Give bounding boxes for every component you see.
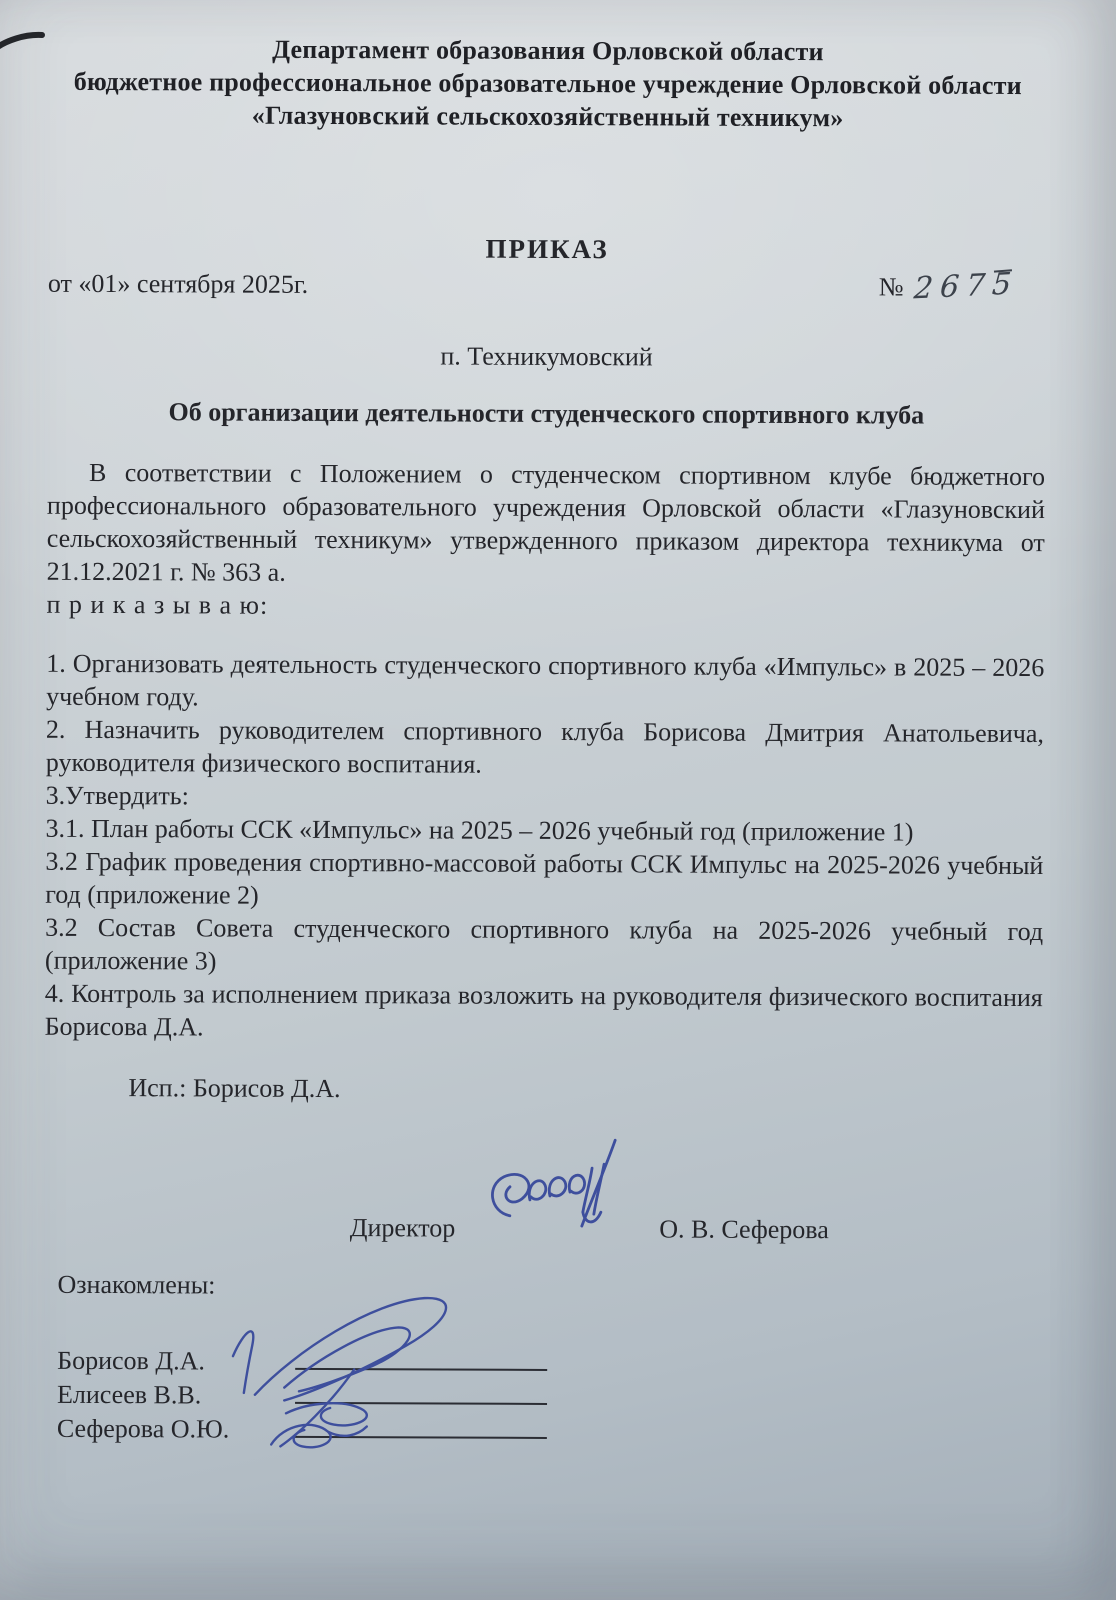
director-name: О. В. Сеферова — [659, 1212, 829, 1246]
order-item-1: 1. Организовать деятельность студенческо… — [46, 647, 1044, 717]
signature-line-eliseev — [295, 1376, 547, 1405]
order-item-2: 2. Назначить руководителем спортивного к… — [46, 713, 1044, 783]
document-content: Департамент образования Орловской област… — [0, 0, 1116, 1447]
scanned-document-page: Департамент образования Орловской област… — [0, 0, 1116, 1600]
order-item-3: 3.Утвердить: — [46, 779, 1044, 816]
order-subject: Об организации деятельности студенческог… — [47, 395, 1045, 432]
order-items: 1. Организовать деятельность студенческо… — [45, 647, 1045, 1047]
ack-name-borisov: Борисов Д.А. — [57, 1344, 239, 1378]
signature-line-borisov — [295, 1342, 547, 1371]
order-item-4: 4. Контроль за исполнением приказа возло… — [45, 977, 1043, 1047]
letterhead: Департамент образования Орловской област… — [49, 32, 1047, 135]
intro-paragraph: В соответствии с Положением о студенческ… — [47, 456, 1046, 592]
order-item-3-2b: 3.2 Состав Совета студенческого спортивн… — [45, 911, 1043, 981]
executor-line: Исп.: Борисов Д.А. — [128, 1071, 1042, 1108]
director-label: Директор — [350, 1211, 456, 1244]
signature-line-seferova — [295, 1410, 547, 1439]
letterhead-line2: бюджетное профессиональное образовательн… — [49, 65, 1047, 102]
order-item-3-1: 3.1. План работы ССК «Импульс» на 2025 –… — [45, 812, 1043, 849]
order-number: № 2675 — [879, 269, 1046, 304]
order-date: от «01» сентября 2025г. — [48, 267, 308, 301]
acknowledgement-rows: Борисов Д.А. Елисеев В.В. Сеферова О.Ю. — [43, 1341, 1041, 1447]
letterhead-line1: Департамент образования Орловской област… — [49, 32, 1047, 69]
acknowledgement-block: Ознакомлены: Борисов Д.А. Елисеев В.В. С… — [43, 1268, 1042, 1447]
date-number-row: от «01» сентября 2025г. № 2675 — [48, 266, 1046, 304]
decree-word: п р и к а з ы в а ю: — [46, 588, 1044, 625]
acknowledgement-label: Ознакомлены: — [57, 1268, 1041, 1305]
ack-name-eliseev: Елисеев В.В. — [57, 1378, 239, 1412]
order-item-3-2a: 3.2 График проведения спортивно-массовой… — [45, 845, 1043, 915]
order-number-handwritten: 2675 — [912, 267, 1019, 305]
ack-row-borisov: Борисов Д.А. — [57, 1341, 1041, 1379]
ack-name-seferova: Сеферова О.Ю. — [57, 1412, 239, 1446]
ack-row-seferova: Сеферова О.Ю. — [57, 1409, 1041, 1447]
order-place: п. Техникумовский — [48, 338, 1046, 375]
letterhead-line3: «Глазуновский сельскохозяйственный техни… — [49, 98, 1047, 135]
director-signature-row: Директор О. В. Сеферова — [44, 1182, 1042, 1228]
director-signature — [479, 1132, 629, 1238]
ack-row-eliseev: Елисеев В.В. — [57, 1375, 1041, 1413]
order-number-label: № — [879, 270, 904, 303]
order-title: ПРИКАЗ — [48, 231, 1046, 268]
